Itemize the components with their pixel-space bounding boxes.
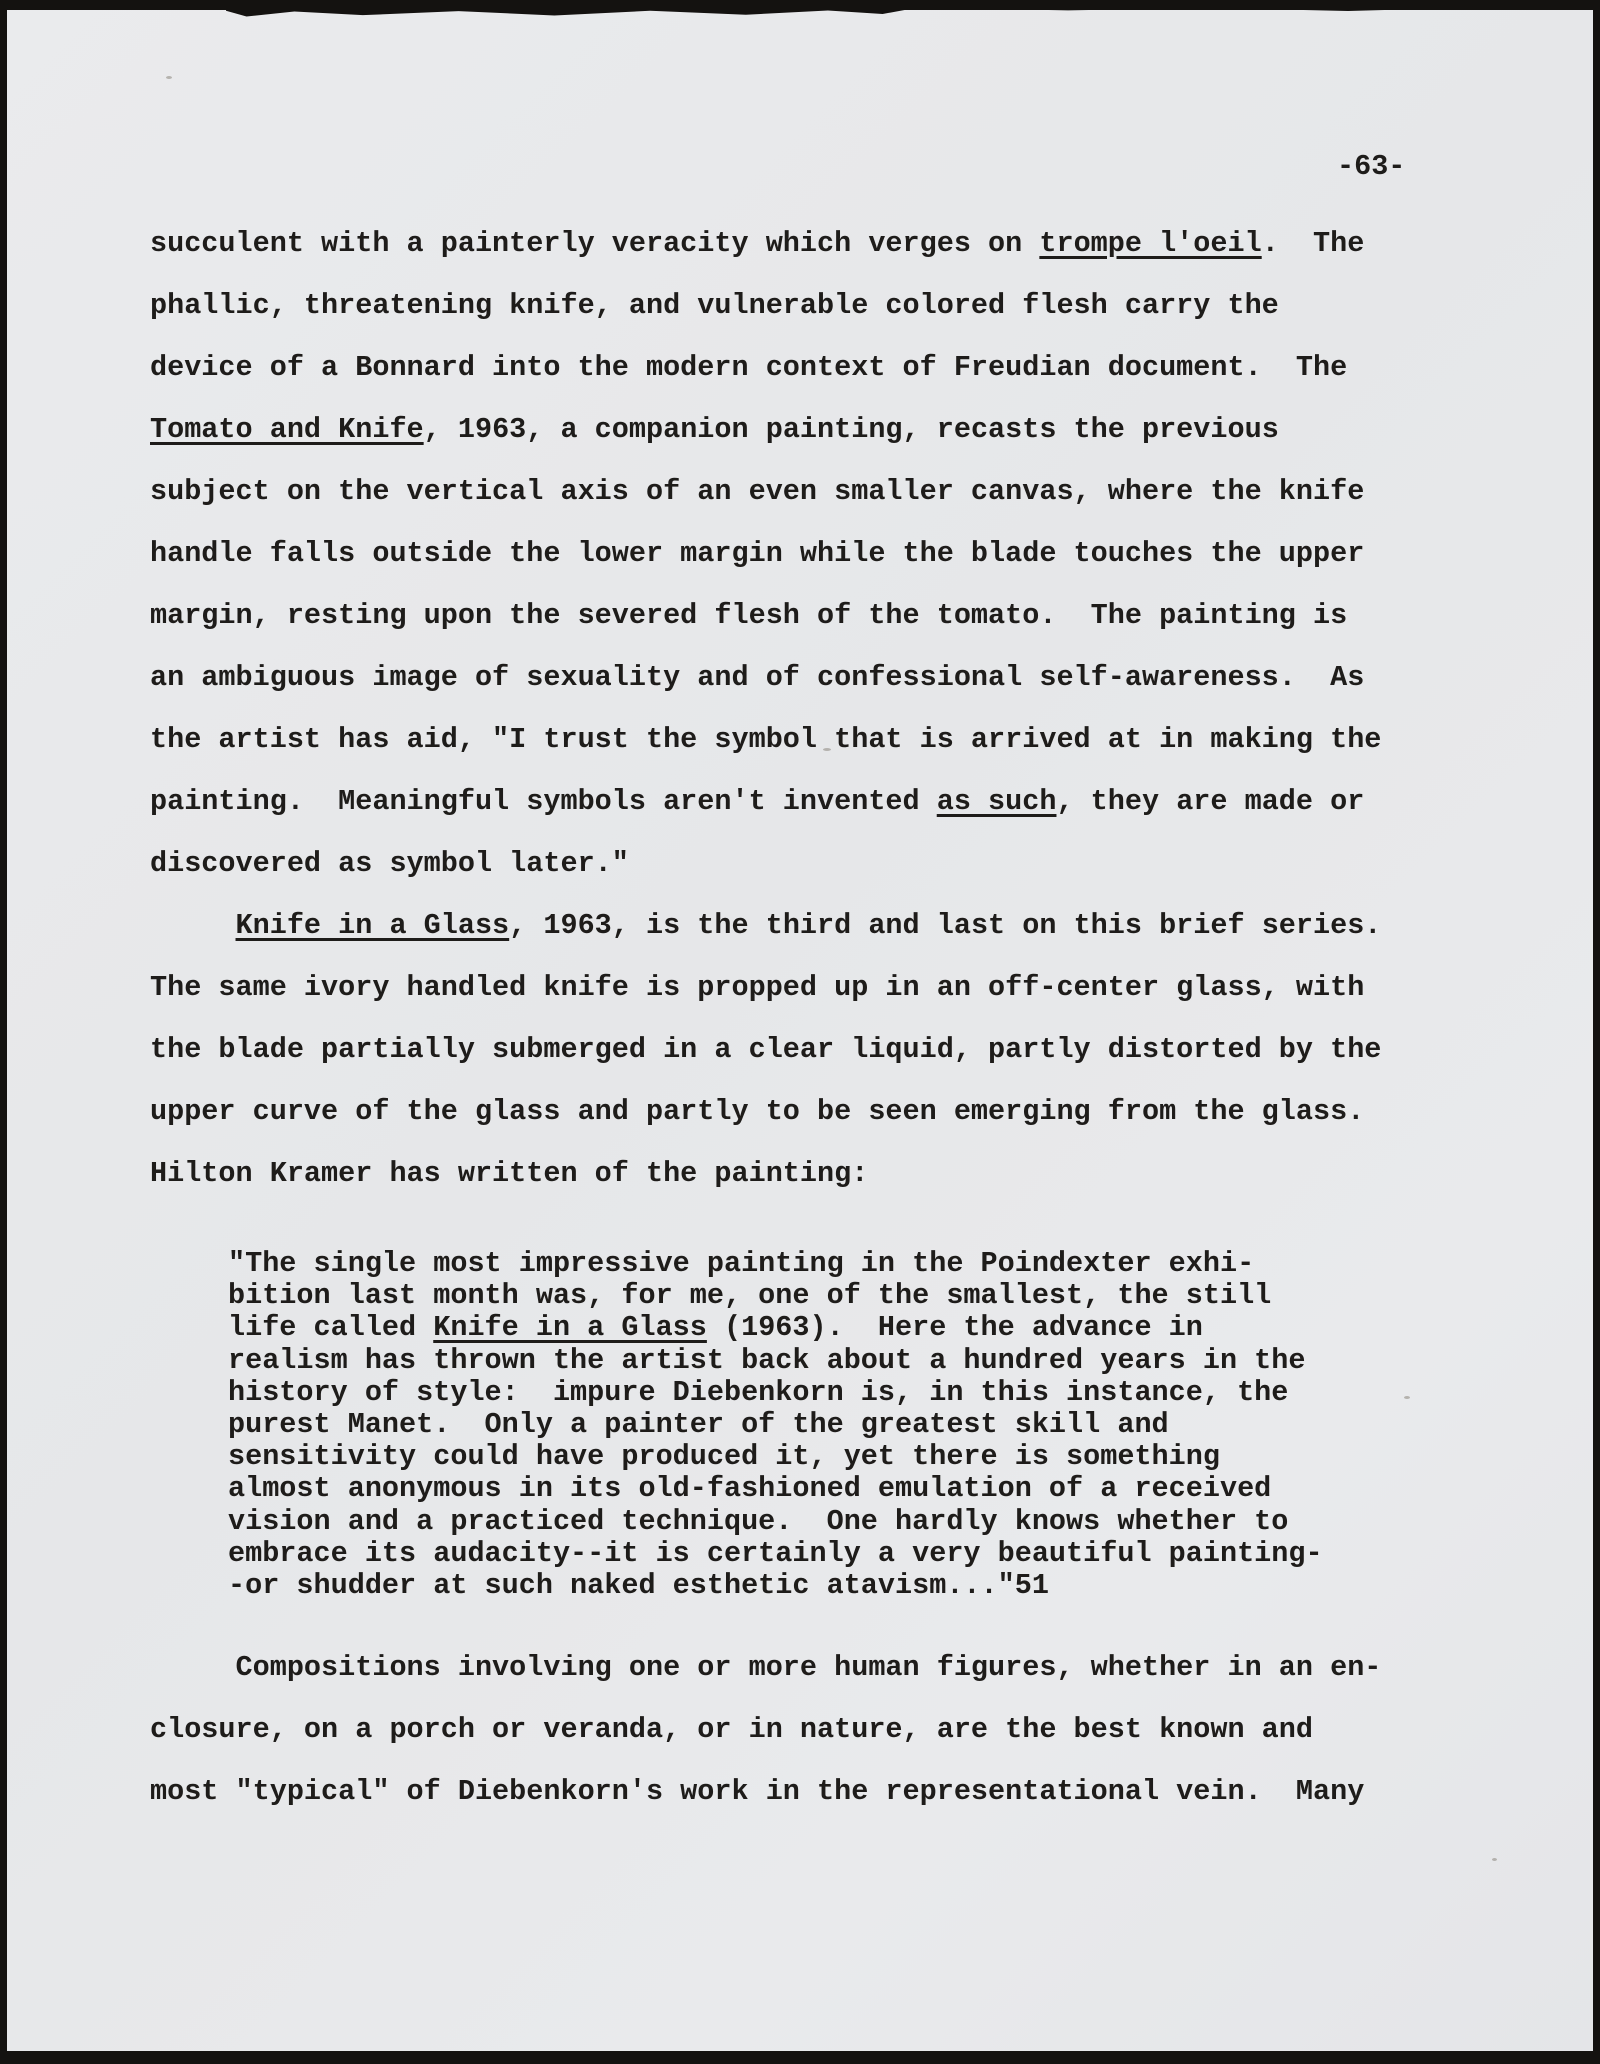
text-segment: , 1963, is the third and last on this br… [509,909,1381,942]
text-line: device of a Bonnard into the modern cont… [150,352,1381,414]
text-line: the blade partially submerged in a clear… [150,1034,1381,1096]
scan-speck [166,76,172,79]
body-paragraphs: succulent with a painterly veracity whic… [150,228,1381,1220]
text-line: subject on the vertical axis of an even … [150,476,1381,538]
underlined-text: Knife in a Glass [236,909,510,942]
text-segment: discovered as symbol later." [150,847,629,880]
text-segment: subject on the vertical axis of an even … [150,475,1364,508]
text-segment: almost anonymous in its old-fashioned em… [228,1472,1271,1505]
text-segment: upper curve of the glass and partly to b… [150,1095,1364,1128]
text-segment: the artist has aid, "I trust the symbol … [150,723,1381,756]
text-line: margin, resting upon the severed flesh o… [150,600,1381,662]
text-segment: , 1963, a companion painting, recasts th… [424,413,1279,446]
text-line: phallic, threatening knife, and vulnerab… [150,290,1381,352]
text-segment: closure, on a porch or veranda, or in na… [150,1713,1313,1746]
scan-speck [1404,1396,1410,1399]
scan-edge-left [0,0,7,2064]
text-segment: -or shudder at such naked esthetic atavi… [228,1569,1049,1602]
text-segment: embrace its audacity--it is certainly a … [228,1537,1323,1570]
text-line: Tomato and Knife, 1963, a companion pain… [150,414,1381,476]
text-segment: most "typical" of Diebenkorn's work in t… [150,1775,1364,1808]
text-line: vision and a practiced technique. One ha… [228,1506,1323,1538]
text-segment: The same ivory handled knife is propped … [150,971,1364,1004]
text-line: closure, on a porch or veranda, or in na… [150,1714,1381,1776]
text-line: realism has thrown the artist back about… [228,1345,1323,1377]
text-segment: painting. Meaningful symbols aren't inve… [150,785,937,818]
scan-edge-top-blob [226,0,910,18]
text-line: The same ivory handled knife is propped … [150,972,1381,1034]
underlined-text: trompe l'oeil [1039,227,1261,260]
text-line: bition last month was, for me, one of th… [228,1280,1323,1312]
text-segment: succulent with a painterly veracity whic… [150,227,1039,260]
underlined-text: Knife in a Glass [433,1311,707,1344]
text-segment: life called [228,1311,433,1344]
text-segment: vision and a practiced technique. One ha… [228,1505,1288,1538]
text-segment: history of style: impure Diebenkorn is, … [228,1376,1288,1409]
text-line: handle falls outside the lower margin wh… [150,538,1381,600]
text-segment: an ambiguous image of sexuality and of c… [150,661,1364,694]
text-line: Knife in a Glass, 1963, is the third and… [150,910,1381,972]
text-line: -or shudder at such naked esthetic atavi… [228,1570,1323,1602]
blockquote-kramer: "The single most impressive painting in … [228,1248,1323,1602]
text-segment: realism has thrown the artist back about… [228,1344,1305,1377]
page-number: -63- [1337,152,1405,182]
text-segment: purest Manet. Only a painter of the grea… [228,1408,1169,1441]
text-line: painting. Meaningful symbols aren't inve… [150,786,1381,848]
text-segment [150,909,236,942]
text-segment: phallic, threatening knife, and vulnerab… [150,289,1279,322]
text-line: embrace its audacity--it is certainly a … [228,1538,1323,1570]
text-line: upper curve of the glass and partly to b… [150,1096,1381,1158]
closing-paragraph: Compositions involving one or more human… [150,1652,1381,1838]
scan-edge-bottom [0,2051,1600,2064]
text-segment: margin, resting upon the severed flesh o… [150,599,1347,632]
text-segment: the blade partially submerged in a clear… [150,1033,1381,1066]
text-line: Compositions involving one or more human… [150,1652,1381,1714]
text-segment: device of a Bonnard into the modern cont… [150,351,1347,384]
text-line: purest Manet. Only a painter of the grea… [228,1409,1323,1441]
underlined-text: Tomato and Knife [150,413,424,446]
text-line: discovered as symbol later." [150,848,1381,910]
text-segment: bition last month was, for me, one of th… [228,1279,1271,1312]
text-line: almost anonymous in its old-fashioned em… [228,1473,1323,1505]
scan-edge-right [1593,0,1600,2064]
underlined-text: as such [937,785,1057,818]
scan-speck [1492,1858,1497,1861]
text-line: the artist has aid, "I trust the symbol … [150,724,1381,786]
text-line: history of style: impure Diebenkorn is, … [228,1377,1323,1409]
text-line: succulent with a painterly veracity whic… [150,228,1381,290]
text-segment: Hilton Kramer has written of the paintin… [150,1157,868,1190]
text-segment: Compositions involving one or more human… [150,1651,1381,1684]
text-segment: "The single most impressive painting in … [228,1247,1254,1280]
scanned-document-page: -63- succulent with a painterly veracity… [0,0,1600,2064]
text-segment: (1963). Here the advance in [707,1311,1203,1344]
scan-edge-top-blob2 [900,0,1460,13]
text-line: life called Knife in a Glass (1963). Her… [228,1312,1323,1344]
text-line: sensitivity could have produced it, yet … [228,1441,1323,1473]
text-line: an ambiguous image of sexuality and of c… [150,662,1381,724]
text-line: Hilton Kramer has written of the paintin… [150,1158,1381,1220]
text-segment: sensitivity could have produced it, yet … [228,1440,1220,1473]
text-line: most "typical" of Diebenkorn's work in t… [150,1776,1381,1838]
text-segment: handle falls outside the lower margin wh… [150,537,1364,570]
text-segment: , they are made or [1056,785,1364,818]
text-line: "The single most impressive painting in … [228,1248,1323,1280]
text-segment: . The [1262,227,1365,260]
